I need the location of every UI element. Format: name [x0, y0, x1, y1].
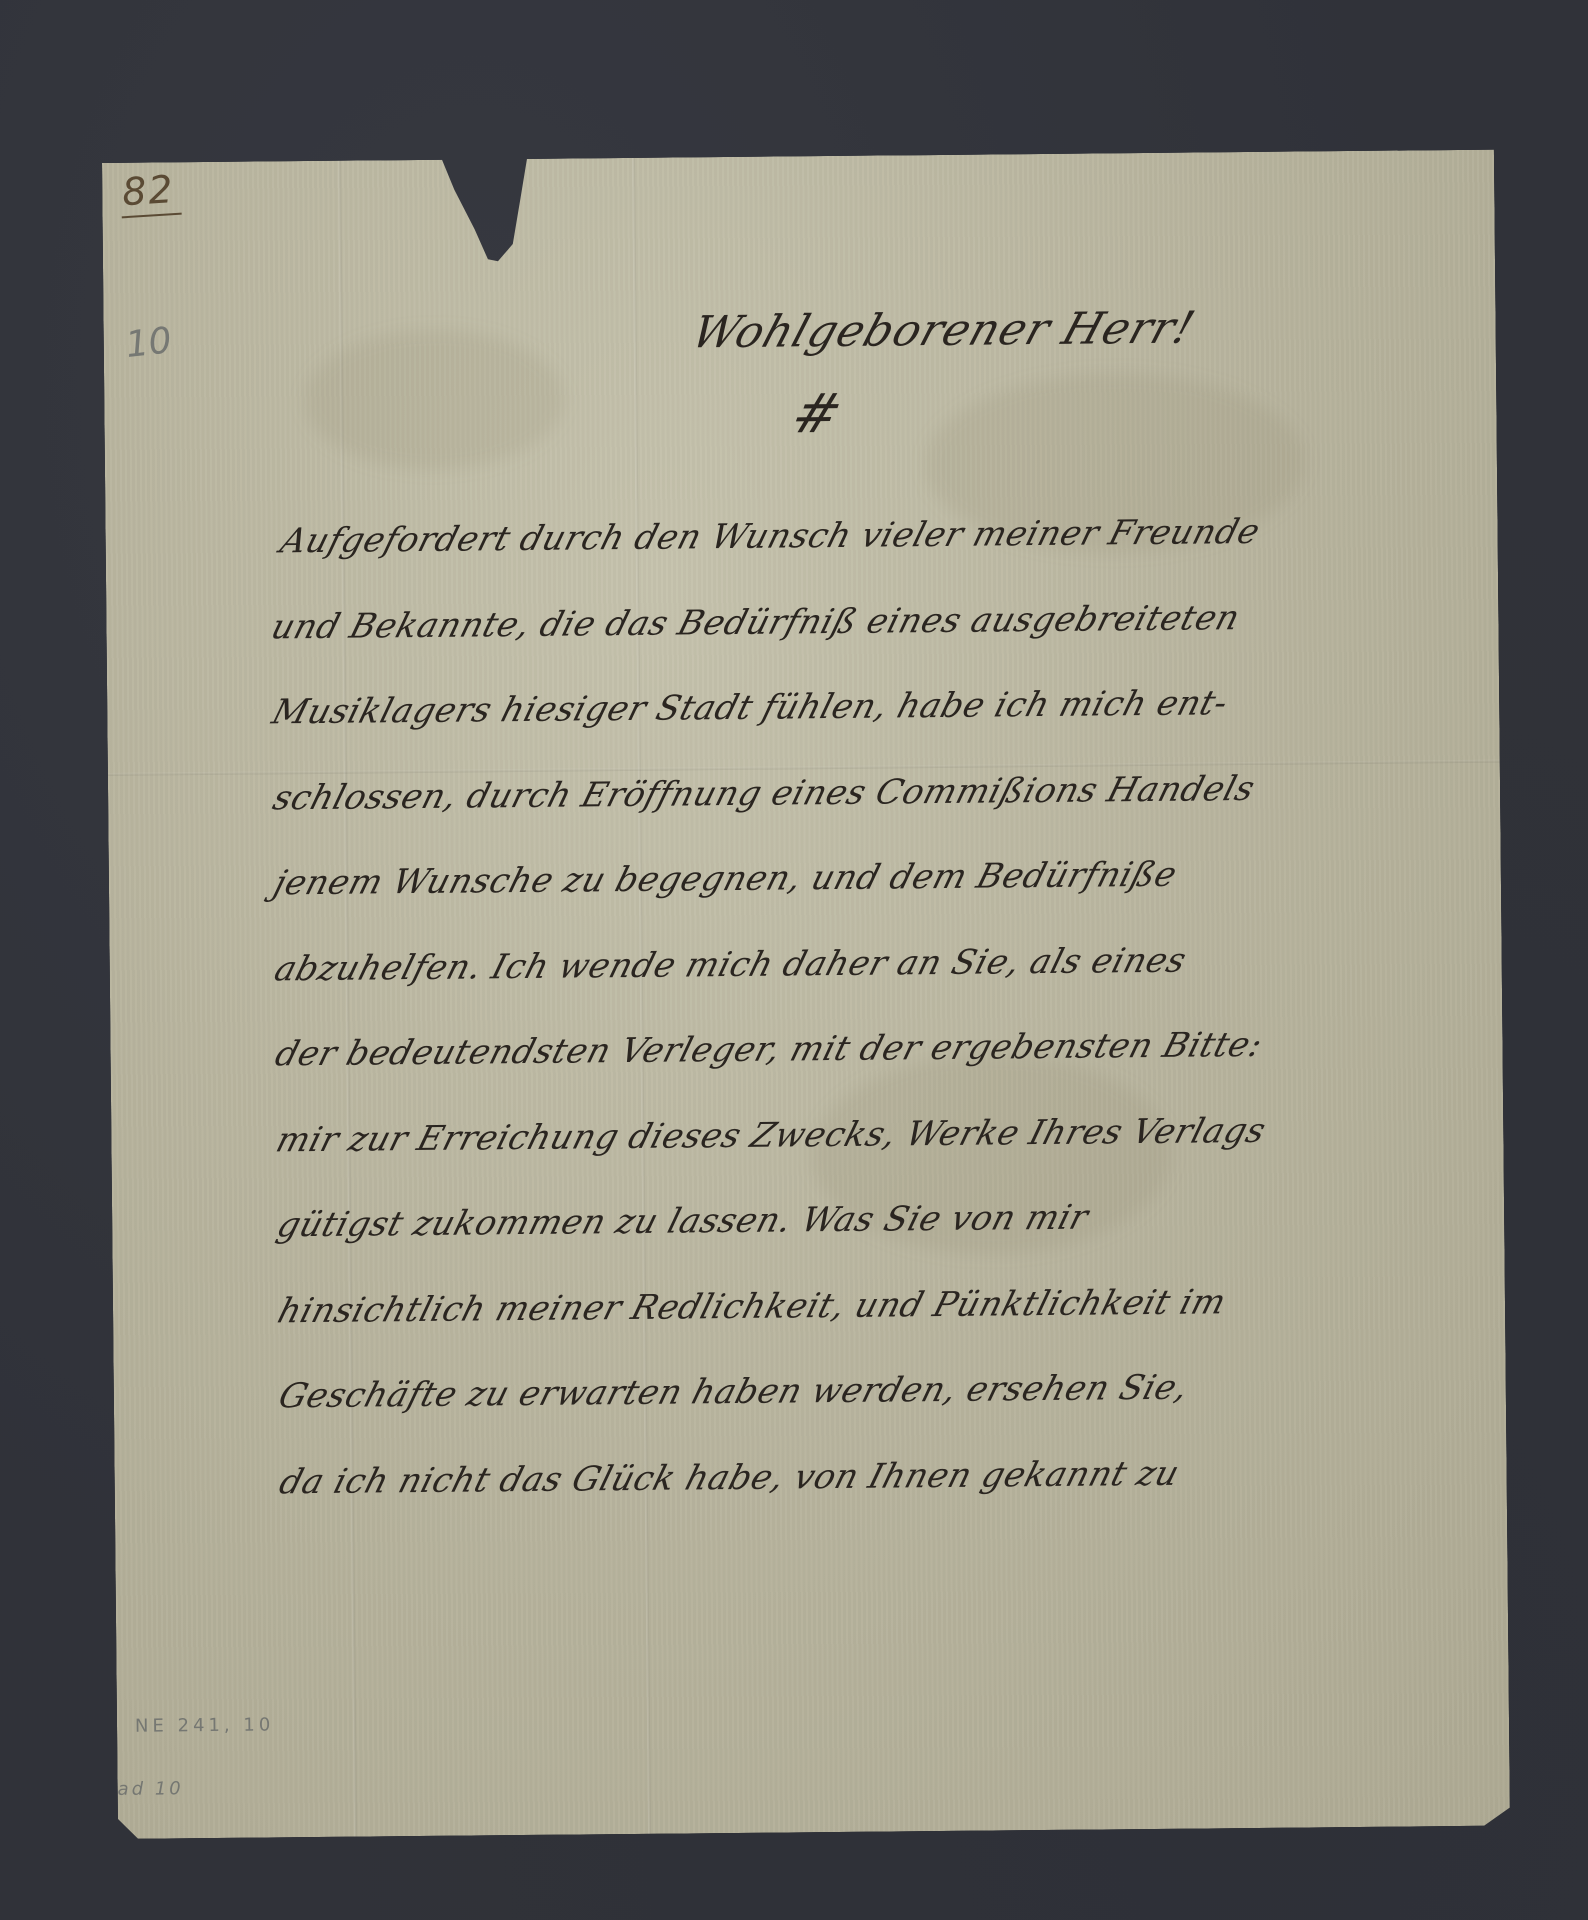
letter-sheet: 82 10 NE 241, 10 ad 10 Wohlgeborener Her… [102, 150, 1510, 1839]
letter-body: Aufgefordert durch den Wunsch vieler mei… [255, 500, 1495, 1538]
pencil-note-top: 10 [124, 320, 174, 366]
salutation: Wohlgeborener Herr! [686, 302, 1202, 358]
letter-line: Aufgefordert durch den Wunsch vieler mei… [256, 500, 1510, 598]
letter-line: hinsichtlich meiner Redlichkeit, und Pün… [264, 1269, 1518, 1367]
letter-line: der bedeutendsten Verleger, mit der erge… [261, 1012, 1515, 1110]
letter-line: abzuhelfen. Ich wende mich daher an Sie,… [260, 927, 1514, 1025]
paragraph-mark: # [783, 382, 851, 446]
paper-stain [304, 329, 565, 471]
letter-line: schlossen, durch Eröffnung eines Commißi… [259, 756, 1513, 854]
letter-line: und Bekannte, die das Bedürfniß eines au… [257, 585, 1511, 683]
letter-content: Wohlgeborener Herr! # Aufgefordert durch… [253, 300, 1453, 312]
letter-line: da ich nicht das Glück habe, von Ihnen g… [265, 1440, 1519, 1538]
pencil-folio: ad 10 [118, 1778, 184, 1800]
letter-line: gütigst zukommen zu lassen. Was Sie von … [263, 1183, 1517, 1281]
archive-number: 82 [119, 167, 182, 219]
pencil-reference: NE 241, 10 [135, 1714, 274, 1736]
letter-line: mir zur Erreichung dieses Zwecks, Werke … [262, 1098, 1516, 1196]
letter-line: jenem Wunsche zu begegnen, und dem Bedür… [259, 841, 1513, 939]
letter-line: Geschäfte zu erwarten haben werden, erse… [264, 1354, 1518, 1452]
letter-line: Musiklagers hiesiger Stadt fühlen, habe … [258, 670, 1512, 768]
